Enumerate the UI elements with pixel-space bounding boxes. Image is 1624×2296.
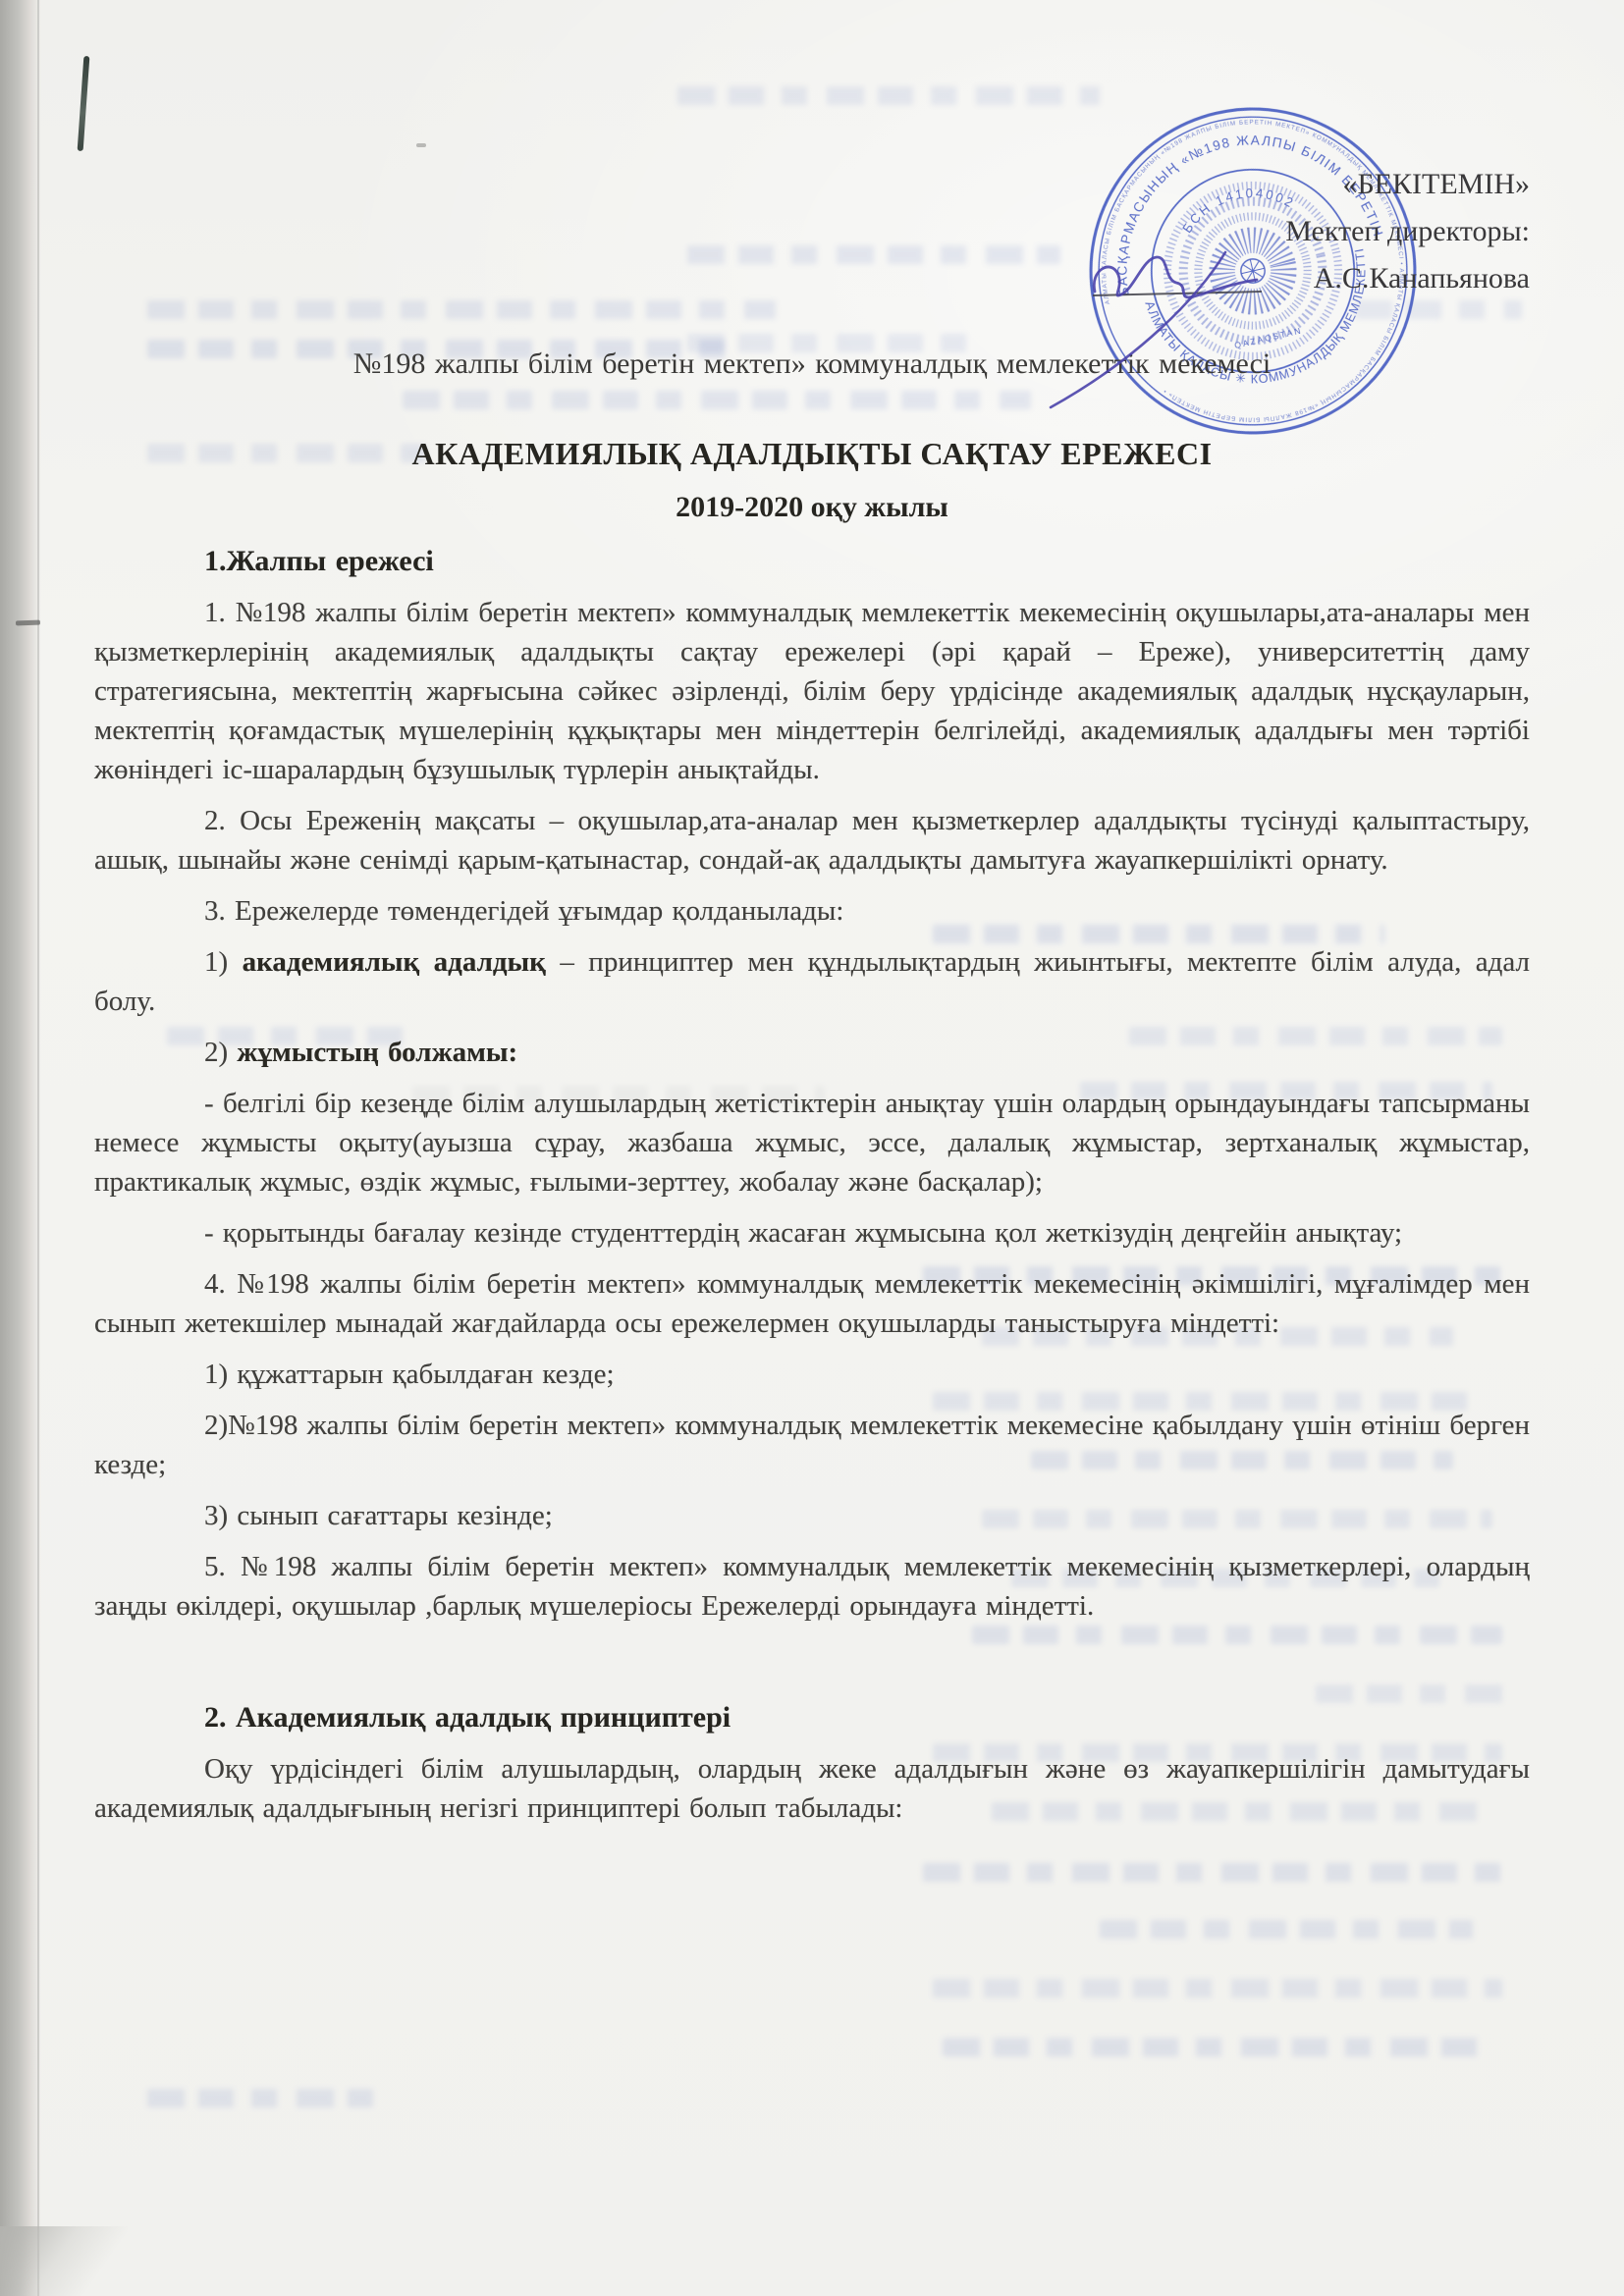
director-signature [1021, 221, 1296, 427]
bleed-through-text [943, 2038, 1492, 2056]
paragraph-5: 5. №198 жалпы білім беретін мектеп» комм… [94, 1547, 1530, 1626]
ink-speck [416, 143, 426, 147]
scanner-edge-shadow [0, 0, 41, 2296]
section-1-heading: 1.Жалпы ережесі [204, 542, 1530, 581]
definition-1: 1) академиялық адалдық – принциптер мен … [94, 942, 1530, 1021]
definition-1-term: академиялық адалдық [243, 946, 546, 978]
paragraph-3: 3. Ережелерде төмендегідей ұғымдар қолда… [94, 891, 1530, 931]
definition-2-term: жұмыстың болжамы: [237, 1037, 517, 1068]
ink-speck [16, 620, 40, 626]
bleed-through-text [147, 2089, 373, 2108]
institution-line: №198 жалпы білім беретін мектеп» коммуна… [0, 347, 1624, 381]
paragraph-2: 2. Осы Ереженің мақсаты – оқушылар,ата-а… [94, 801, 1530, 880]
bleed-through-text [923, 1863, 1512, 1882]
definition-2: 2) жұмыстың болжамы: [94, 1033, 1530, 1072]
bleed-through-text [687, 245, 1060, 264]
paragraph-4: 4. №198 жалпы білім беретін мектеп» комм… [94, 1264, 1530, 1343]
list-item-2: 2)№198 жалпы білім беретін мектеп» комму… [94, 1406, 1530, 1484]
section-2-paragraph: Оқу үрдісіндегі білім алушылардың, олард… [94, 1749, 1530, 1828]
section-2-heading: 2. Академиялық адалдық принциптері [204, 1698, 1530, 1737]
list-item-1: 1) құжаттарын қабылдаған кезде; [94, 1355, 1530, 1394]
approval-block: «БЕКІТЕМІН» Мектеп директоры: А.С.Канапь… [1285, 161, 1530, 302]
document-subtitle: 2019-2020 оқу жылы [0, 491, 1624, 524]
approval-name: А.С.Канапьянова [1285, 255, 1530, 302]
document-title: АКАДЕМИЯЛЫҚ АДАЛДЫҚТЫ САҚТАУ ЕРЕЖЕСІ [0, 436, 1624, 472]
approval-label: «БЕКІТЕМІН» [1285, 161, 1530, 208]
bleed-through-text [403, 391, 1031, 409]
bleed-through-text [147, 300, 776, 319]
definition-1-number: 1) [204, 946, 243, 978]
bullet-1: - белгілі бір кезеңде білім алушылардың … [94, 1084, 1530, 1201]
scanner-edge-line [37, 0, 39, 2296]
document-body: 1.Жалпы ережесі 1. №198 жалпы білім бере… [94, 542, 1530, 1828]
paragraph-1: 1. №198 жалпы білім беретін мектеп» комм… [94, 593, 1530, 789]
bullet-2: - қорытынды бағалау кезінде студенттерді… [94, 1213, 1530, 1253]
corner-smudge [0, 2226, 128, 2296]
definition-2-number: 2) [204, 1037, 237, 1068]
bleed-through-text [677, 86, 1100, 105]
bleed-through-text [933, 1979, 1502, 1998]
list-item-3: 3) сынып сағаттары кезінде; [94, 1496, 1530, 1535]
approval-role: Мектеп директоры: [1285, 208, 1530, 255]
bleed-through-text [1100, 1920, 1473, 1939]
